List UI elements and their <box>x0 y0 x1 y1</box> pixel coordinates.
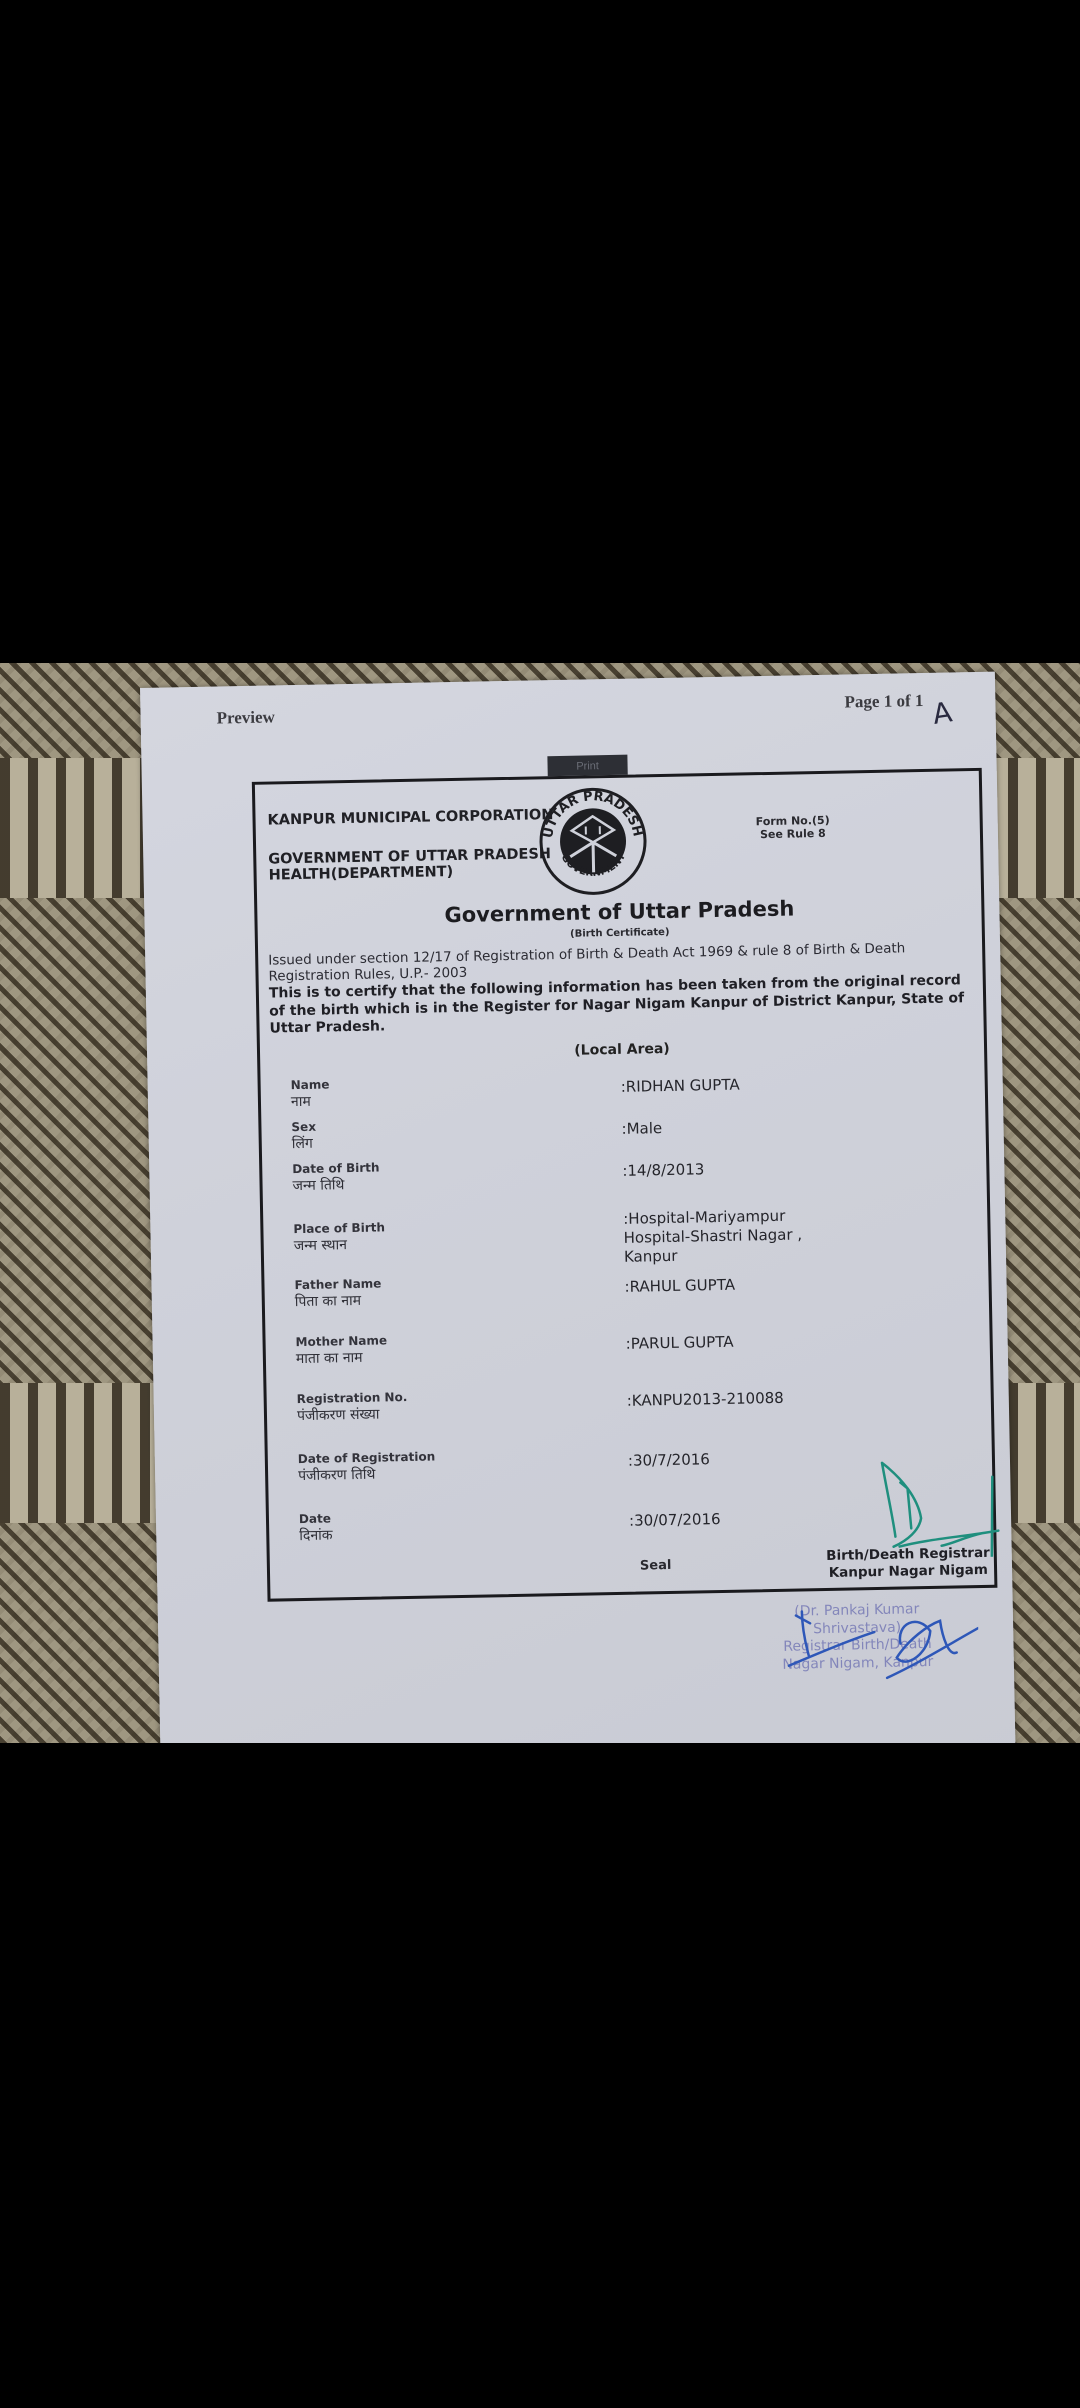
field-row-sex: Sex लिंग :Male <box>291 1107 976 1153</box>
field-value: :Hospital-Mariyampur Hospital-Shastri Na… <box>623 1205 854 1266</box>
field-value: :PARUL GUPTA <box>626 1333 734 1354</box>
field-row-name: Name नाम :RIDHAN GUPTA <box>291 1065 976 1111</box>
field-value: :RIDHAN GUPTA <box>621 1076 740 1097</box>
seal-label: Seal <box>640 1558 672 1574</box>
stamp-signature-icon <box>777 1572 979 1686</box>
header-left: KANPUR MUNICIPAL CORPORATION GOVERNMENT … <box>267 807 554 884</box>
field-value: :30/07/2016 <box>629 1510 721 1531</box>
up-government-emblem-icon: UTTAR PRADESH GOVERNMENT <box>537 785 649 897</box>
field-row-mother: Mother Name माता का नाम :PARUL GUPTA <box>295 1322 980 1368</box>
field-row-registration-no: Registration No. पंजीकरण संख्या :KANPU20… <box>297 1379 982 1425</box>
field-row-dob: Date of Birth जन्म तिथि :14/8/2013 <box>292 1149 977 1195</box>
handwritten-mark: A <box>930 695 954 731</box>
print-button[interactable]: Print <box>547 755 627 777</box>
form-number: Form No.(5) See Rule 8 <box>756 814 830 842</box>
page-number: Page 1 of 1 <box>844 691 923 713</box>
field-row-place-of-birth: Place of Birth जन्म स्थान :Hospital-Mari… <box>293 1209 978 1255</box>
preview-label: Preview <box>216 707 275 728</box>
birth-certificate: KANPUR MUNICIPAL CORPORATION GOVERNMENT … <box>252 768 998 1602</box>
field-row-father: Father Name पिता का नाम :RAHUL GUPTA <box>294 1265 979 1311</box>
field-value: :KANPU2013-210088 <box>627 1389 784 1411</box>
photo-of-document: Preview Page 1 of 1 A Print KANPUR MUNIC… <box>0 663 1080 1743</box>
org-name: KANPUR MUNICIPAL CORPORATION <box>267 807 553 829</box>
field-value: :30/7/2016 <box>628 1450 710 1470</box>
field-value: :14/8/2013 <box>622 1160 704 1180</box>
printed-certificate-page: Preview Page 1 of 1 A Print KANPUR MUNIC… <box>140 672 1016 1743</box>
field-value: :Male <box>621 1119 662 1139</box>
registrar-signature-icon <box>862 1456 1014 1559</box>
field-value: :RAHUL GUPTA <box>624 1276 735 1297</box>
local-area-label: (Local Area) <box>260 1035 984 1065</box>
see-rule: See Rule 8 <box>756 827 830 842</box>
